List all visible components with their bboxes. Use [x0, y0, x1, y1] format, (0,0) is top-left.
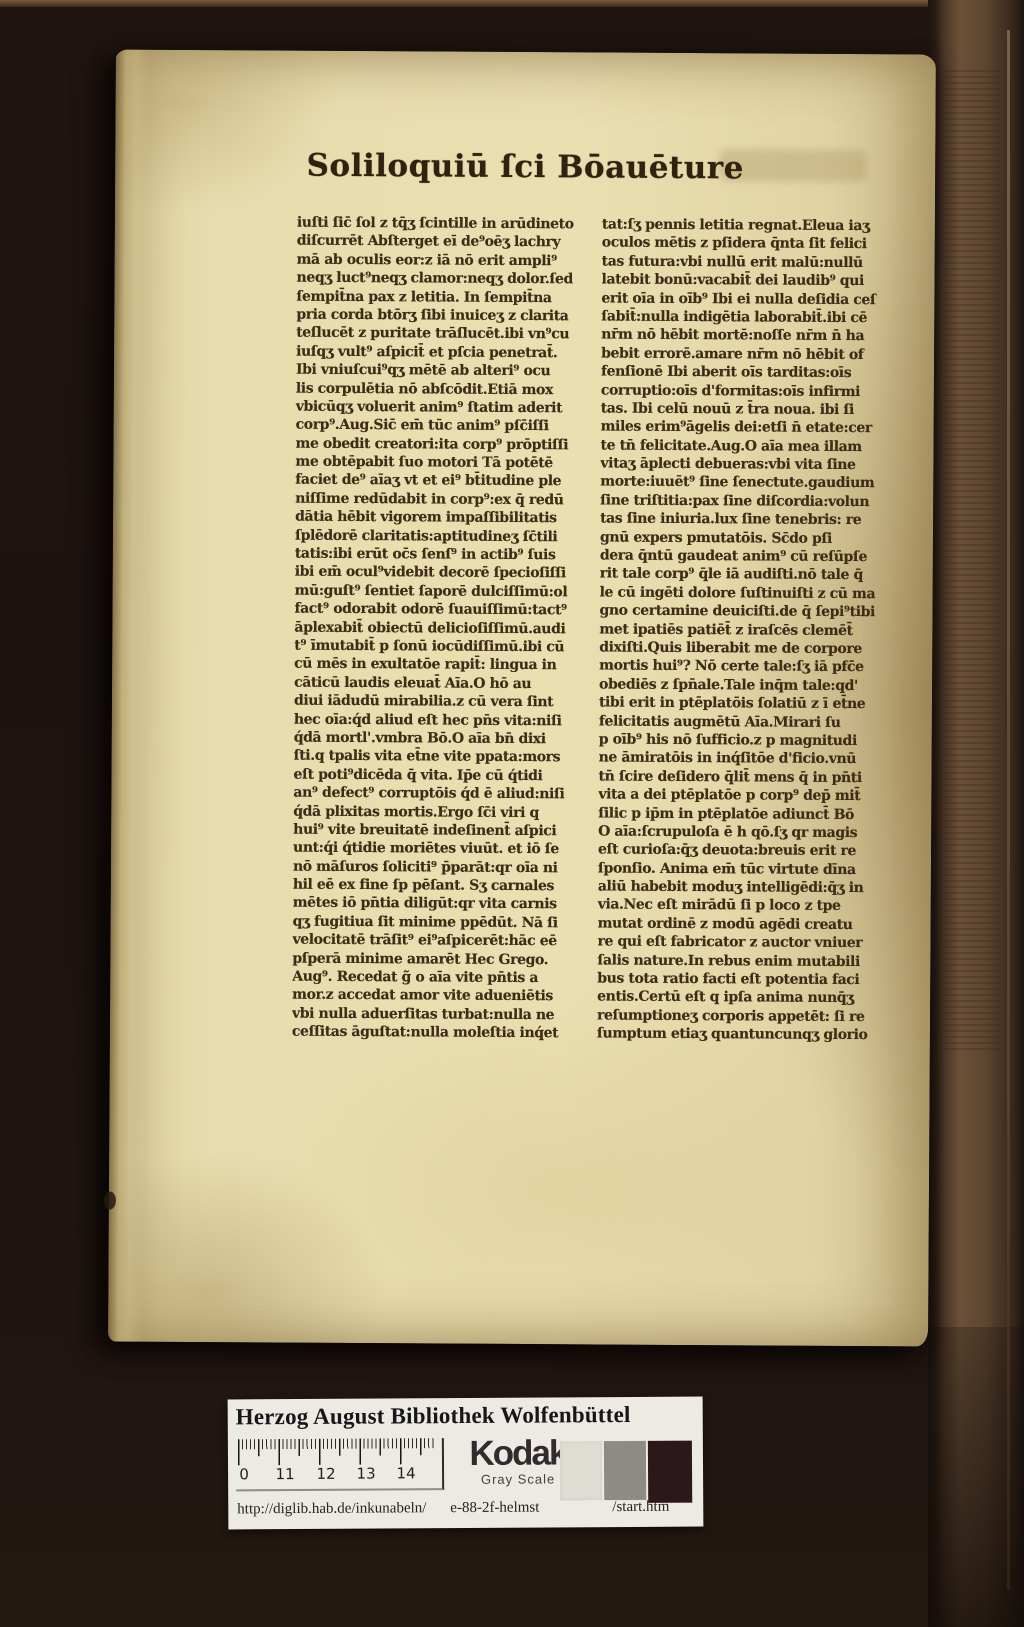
text-line: teſlucēt z puritate trāſlucēt.ibi vn⁹cu	[296, 324, 594, 344]
text-line: q́dā mortl'.vmbra Bō.O aīa bn̄ dixi	[294, 729, 592, 749]
text-line: dixiſti.Quis liberabit me de corpore	[599, 638, 897, 658]
ruler-number: 11	[275, 1465, 294, 1483]
ruler-number: 13	[356, 1465, 375, 1483]
book-cover-edge-line	[1007, 30, 1010, 1590]
text-line: diui iādudū mirabilia.z cū vera ſint	[294, 692, 592, 712]
backdrop-top-edge	[0, 0, 1024, 7]
text-line: reſumptioneʒ corporis appetēt: ſi re	[597, 1006, 895, 1026]
text-line: pſperā minime amarēt Hec Grego.	[292, 949, 590, 969]
text-line: dātia hēbit vigorem impaſſibilitatis	[295, 508, 593, 528]
ruler-numbers: 011121314	[238, 1464, 436, 1487]
source-url: http://diglib.hab.de/inkunabeln/	[237, 1498, 426, 1520]
text-line: velocitatē trāſit⁹ ei⁹aſpicerēt:hāc eē	[292, 931, 590, 951]
start-page-path: /start.htm	[612, 1497, 669, 1518]
page-edge-notch	[104, 1191, 116, 1209]
text-line: aliū habebit moduʒ intelligēdi:q̄ʒ in	[598, 878, 896, 898]
ruler-ticks	[238, 1438, 436, 1465]
text-line: ſempit̄na pax z letitia. In ſempit̄na	[296, 287, 594, 307]
text-line: morte:iuuēt⁹ ſine ſenectute.gaudium	[600, 473, 898, 493]
text-line: vitaʒ āplecti debueras:vbi vita ſine	[600, 455, 898, 475]
text-line: nr̄m nō hēbit mortē:noſſe nr̄m n̄ ha	[601, 326, 899, 346]
text-line: fact⁹ odorabit odorē ſuauiſſimū:tact⁹	[294, 600, 592, 620]
book-page: Soliloquiū ſci Bōauēture iuſti ſic̄ ſol …	[108, 50, 936, 1347]
text-line: qʒ fugitiua ſit minime ppēdūt. Nā ſi	[293, 912, 591, 932]
text-line: tn̄ ſcire deſidero q̄lit̄ mens q̄ in pn̄…	[598, 767, 896, 787]
text-line: O aīa:ſcrupuloſa ē h qō.ſʒ qr magis	[598, 822, 896, 842]
text-line: mū:guſt⁹ ſentiet ſaporē dulciſſimū:ol	[295, 581, 593, 601]
text-line: tas. Ibi celū nouū z t̄ra noua. ibi ſi	[601, 399, 899, 419]
text-line: lis corpulētia nō abſcōdit.Etiā mox	[296, 379, 594, 399]
text-line: oculos mētis z pſidera q̄nta ſit felici	[602, 234, 900, 254]
text-line: miles erim⁹āgelis dei:etſi n̄ etate:cer	[601, 418, 899, 438]
text-line: le cū ingēti dolore ſuſtinuiſti z cū ma	[600, 583, 898, 603]
text-line: ne āmiratōis in inq́ſitōe d'ficio.vnū	[599, 749, 897, 769]
text-line: mortis hui⁹? Nō certe tale:ſʒ iā pfc̄e	[599, 657, 897, 677]
text-line: ceſſitas āguſtat:nulla moleſtia inq́et	[292, 1023, 590, 1043]
text-line: t⁹ īmutabit̄ p ſonū iocūdiſſimū.ibi cū	[294, 637, 592, 657]
text-line: corruptio:oīs d'formitas:oīs infirmi	[601, 381, 899, 401]
text-line: hui⁹ vite breuitatē indeſinent̄ aſpici	[293, 820, 591, 840]
text-line: met ipatiēs patiēt̄ z iraſcēs clemēt̄	[599, 620, 897, 640]
text-line: ſumptum etiaʒ quantuncunqʒ glorio	[597, 1025, 895, 1045]
text-line: tatis:ibi erūt oc̄s ſenſ⁹ in actib⁹ ſuis	[295, 545, 593, 565]
gray-scale-patch-light	[560, 1441, 602, 1500]
text-line: gno certamine deuiciſti.de q̄ ſepi⁹tibi	[599, 602, 897, 622]
ruler-number: 14	[396, 1464, 415, 1482]
text-line: iuſti ſic̄ ſol z tq̄ʒ ſcintille in arūdi…	[297, 214, 595, 234]
text-line: te tn̄ felicitate.Aug.O aīa mea illam	[600, 436, 898, 456]
gray-scale-patch-dark	[648, 1441, 692, 1503]
text-line: fenſionē Ibi aberit oīs tarditas:oīs	[601, 363, 899, 383]
text-line: tas ſine iniuria.lux ſine tenebris: re	[600, 510, 898, 530]
text-line: felicitatis augmētū Aīa.Mirari ſu	[599, 712, 897, 732]
text-line: corp⁹.Aug.Sic̄ em̄ tūc anim⁹ pſc̄iſſi	[296, 416, 594, 436]
text-line: ſalis nature.In rebus enim mutabili	[597, 951, 895, 971]
gray-scale-patch-mid	[604, 1441, 646, 1500]
text-line: ſabit̄:nulla indigētia laborabit̄.ibi cē	[601, 307, 899, 327]
text-line: nō māſuros ſoliciti⁹ p̄parāt:qr oīa ni	[293, 857, 591, 877]
text-column-left: iuſti ſic̄ ſol z tq̄ʒ ſcintille in arūdi…	[292, 214, 595, 1043]
text-line: diſcurrēt Abſterget eī de⁹oēʒ lachry	[297, 232, 595, 252]
shelfmark: e-88-2f-helmst	[450, 1498, 539, 1520]
text-line: ſilic p ip̄m in ptēplatōe adiunct̄ Bō	[598, 804, 896, 824]
text-line: vbi nulla aduerſitas turbat:nulla ne	[292, 1004, 590, 1024]
text-line: obediēs z ſpn̄ale.Tale inq̄m tale:qd'	[599, 675, 897, 695]
text-line: dera q̄ntū gaudeat anim⁹ cū reſūpſe	[600, 547, 898, 567]
text-line: tibi erit in ptēplatōis ſolatiū z ī et̄n…	[599, 694, 897, 714]
text-line: hil eē ex fine ſp pēſant. Sʒ carnales	[293, 876, 591, 896]
text-line: ſti.q tpalis vita et̄ne vite ppata:mors	[294, 747, 592, 767]
text-line: q́dā plixitas mortis.Ergo ſc̄i viri q	[293, 802, 591, 822]
text-line: mor.z accedat amor vite adueniētis	[292, 986, 590, 1006]
text-line: Aug⁹. Recedat g̃ o aīa vite pn̄tis a	[292, 968, 590, 988]
text-line: niſſime redūdabit in corp⁹:ex q̄ redū	[295, 489, 593, 509]
ruler-number: 12	[316, 1465, 335, 1483]
text-line: mā ab oculis eor:z iā nō erit ampli⁹	[297, 250, 595, 270]
text-line: pria corda btōrʒ ſibi inuiceʒ z clarita	[296, 306, 594, 326]
text-line: faciet de⁹ aīaʒ vt et ei⁹ bt̄itudine ple	[295, 471, 593, 491]
scale-ruler: 011121314	[236, 1438, 444, 1491]
text-line: Ibi vniuſcui⁹qʒ mētē ab alteri⁹ ocu	[296, 361, 594, 381]
text-line: rit tale corp⁹ q̄le iā audiſti.nō tale q…	[600, 565, 898, 585]
library-label-card: Herzog August Bibliothek Wolfenbüttel 01…	[228, 1397, 704, 1530]
text-line: cāticū laudis eleuat̄ Aīa.O hō au	[294, 673, 592, 693]
text-column-right: tat:ſʒ pennis letitia regnat.Eleua iaʒoc…	[597, 215, 900, 1044]
text-line: ſplēdorē claritatis:aptitudineʒ ſc̄tili	[295, 526, 593, 546]
text-line: via.Nec eſt mirādū ſi p loco z tpe	[598, 896, 896, 916]
text-line: gnū expers pmutatōis. Sc̄do pſi	[600, 528, 898, 548]
text-line: vbicūqʒ voluerit anim⁹ ſtatim aderit	[296, 398, 594, 418]
text-line: mutat ordinē z modū agēdi creatu	[598, 914, 896, 934]
text-line: me obedit creatori:ita corp⁹ prōptiſſi	[295, 434, 593, 454]
text-line: bus tota ratio facti eſt potentia faci	[597, 969, 895, 989]
scan-photograph: Soliloquiū ſci Bōauēture iuſti ſic̄ ſol …	[0, 0, 1024, 1627]
text-line: mētes iō pn̄tia diligūt:qr vita carnis	[293, 894, 591, 914]
ruler-number: 0	[239, 1465, 249, 1483]
text-line: unt:q́i q́tidie moriētes viuūt. et iō ſe	[293, 839, 591, 859]
page-title: Soliloquiū ſci Bōauēture	[115, 150, 935, 186]
text-line: me obtēpabit ſuo motori Tā potētē	[295, 453, 593, 473]
text-line: cū mēs in exultatōe rapit̄: lingua in	[294, 655, 592, 675]
text-line: ſponſio. Anima em̄ tūc virtute dīna	[598, 859, 896, 879]
text-line: eſt curioſa:q̄ʒ deuota:breuis erit re	[598, 841, 896, 861]
text-line: tas futura:vbi nullū erit malū:nullū	[602, 252, 900, 272]
text-line: hec oīa:q́d aliud eſt hec pn̄s vita:niſi	[294, 710, 592, 730]
text-line: ibi em̄ ocul⁹videbit decorē ſpecioſiſſi	[295, 563, 593, 583]
text-line: re qui eſt fabricator z auctor vniuer	[597, 933, 895, 953]
text-line: bebit errorē.amare nr̄m nō hēbit of	[601, 344, 899, 364]
text-line: p oīb⁹ his nō ſufficio.z p magnitudi	[599, 730, 897, 750]
text-line: latebit bonū:vacabit̄ dei laudib⁹ qui	[601, 271, 899, 291]
text-line: āplexabit̄ obiectū delicioſiſſimū.audi	[294, 618, 592, 638]
text-line: tat:ſʒ pennis letitia regnat.Eleua iaʒ	[602, 215, 900, 235]
text-line: erit oīa in oīb⁹ Ibi ei nulla deſidia ce…	[601, 289, 899, 309]
text-line: vita a dei ptēplatōe p corp⁹ dep̄ mit̄	[598, 786, 896, 806]
text-line: ſine triſtitia:pax ſine diſcordia:volun	[600, 491, 898, 511]
text-line: entis.Certū eſt q ipſa anima nunq̄ʒ	[597, 988, 895, 1008]
text-line: eſt poti⁹dicēda q̄ vita. Ip̄e cū q́tidi	[293, 765, 591, 785]
text-line: neqʒ luct⁹neqʒ clamor:neqʒ dolor.ſed	[297, 269, 595, 289]
text-line: iuſqʒ vult⁹ aſpicit̄ et pſcia penetrat̄.	[296, 342, 594, 362]
library-name: Herzog August Bibliothek Wolfenbüttel	[236, 1402, 631, 1430]
source-url-row: http://diglib.hab.de/inkunabeln/ e-88-2f…	[228, 1497, 703, 1526]
text-line: an⁹ defect⁹ corruptōis q́d ē aliud:niſi	[293, 784, 591, 804]
